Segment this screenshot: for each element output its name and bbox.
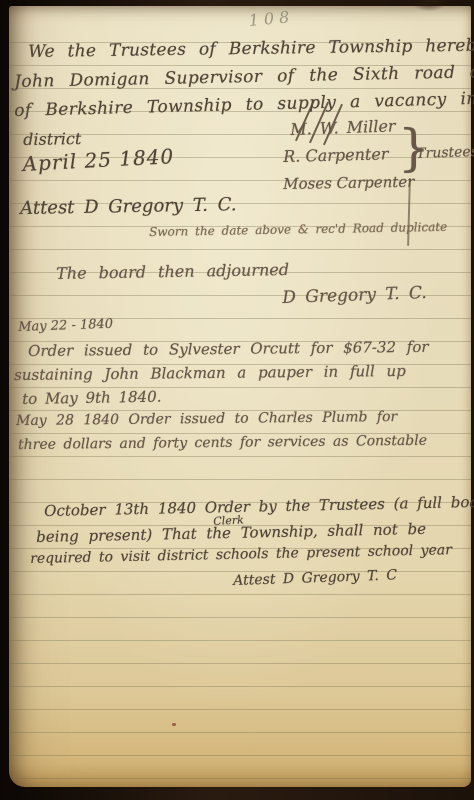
order-oct13-line-3: required to visit district schools the p… (30, 542, 452, 567)
order-may22-line-3: to May 9th 1840. (22, 388, 162, 408)
appointment-line-4: district (23, 129, 81, 149)
ledger-book-background: 108 We the Trustees of Berkshire Townshi… (0, 0, 474, 800)
page-number: 108 (248, 7, 295, 30)
signature-moses-carpenter: Moses Carpenter (283, 173, 415, 193)
order-may28-line-2: three dollars and forty cents for servic… (18, 433, 427, 453)
document-page: 108 We the Trustees of Berkshire Townshi… (9, 6, 471, 787)
top-edge-stain (411, 0, 447, 11)
ink-speck (172, 723, 176, 726)
appointment-date: April 25 1840 (22, 144, 175, 176)
order-oct13-inserted-word: Clerk (213, 513, 244, 528)
order-oct13-line-1: October 13th 1840 Order by the Trustees … (44, 493, 474, 520)
order-may22-line-1: Order issued to Sylvester Orcutt for $67… (28, 338, 429, 360)
signature-miller: M. W. Miller (290, 116, 396, 139)
signature-r-carpenter: R. Carpenter (283, 144, 389, 166)
appointment-line-3: of Berkshire Township to supply a vacanc… (14, 88, 474, 121)
adjournment-line: The board then adjourned (56, 260, 289, 283)
appointment-line-1: We the Trustees of Berkshire Township he… (28, 34, 474, 62)
signature-role-label: Trustees (416, 144, 474, 162)
order-may22-date: May 22 - 1840 (18, 317, 113, 335)
order-may28-line-1: May 28 1840 Order issued to Charles Plum… (16, 409, 397, 429)
order-may22-line-2: sustaining John Blackman a pauper in ful… (14, 362, 406, 384)
appointment-line-2: John Domigan Supervisor of the Sixth roa… (14, 61, 474, 92)
appointment-attest: Attest D Gregory T. C. (20, 194, 237, 219)
brace-tail-line (407, 178, 411, 246)
order-oct13-attest: Attest D Gregory T. C (233, 567, 397, 589)
adjournment-signature: D Gregory T. C. (282, 283, 427, 308)
sworn-note: Sworn the date above & rec'd Road duplic… (149, 220, 447, 239)
